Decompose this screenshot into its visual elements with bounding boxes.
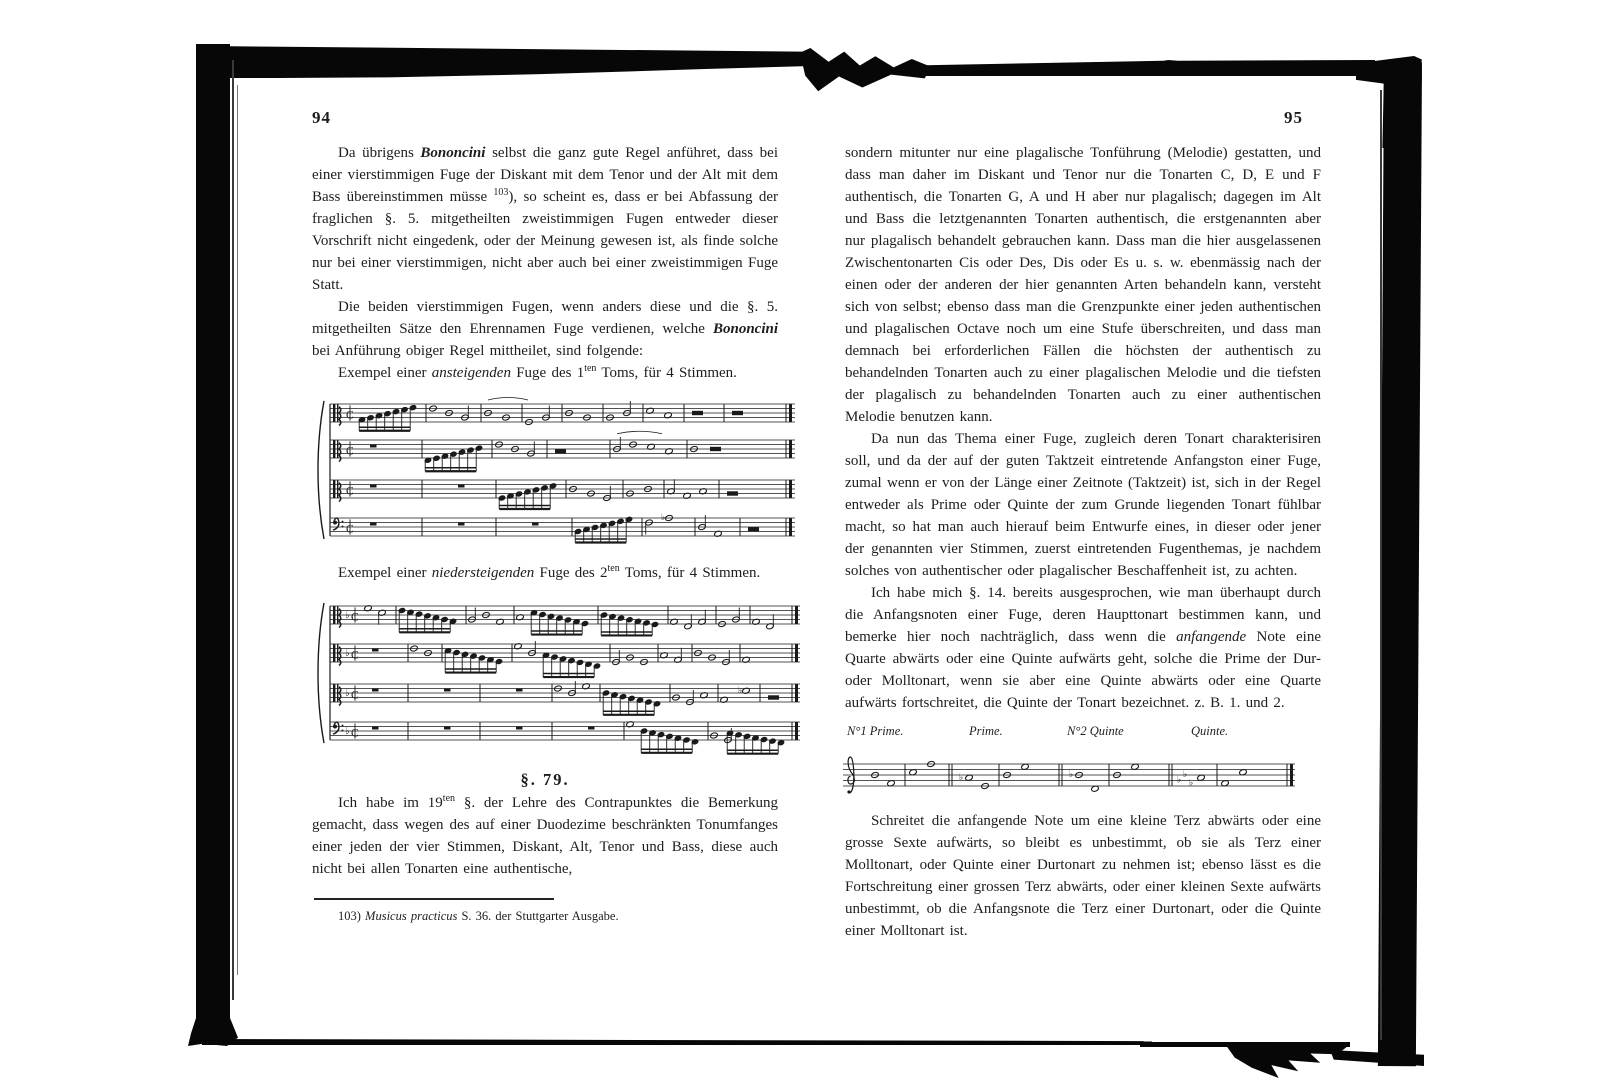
scan-edge-right	[1378, 62, 1422, 1066]
paragraph-plagalisch: sondern mitunter nur eine plagalische To…	[845, 142, 1321, 428]
caption-ascending-fugue: Exempel einer ansteigenden Fuge des 1ten…	[312, 362, 778, 384]
caption-descending-fugue: Exempel einer niedersteigenden Fuge des …	[312, 562, 778, 584]
paragraph-two-fugues: Die beiden vierstimmigen Fugen, wenn and…	[312, 296, 778, 362]
scan-edge-bottom-blob	[1225, 1044, 1347, 1078]
scan-edge-bottom-left	[202, 1039, 1152, 1045]
music-segment-label: N°2 Quinte	[1067, 724, 1124, 739]
paragraph-thema: Da nun das Thema einer Fuge, zugleich de…	[845, 428, 1321, 582]
music-segment-label: N°1 Prime.	[847, 724, 903, 739]
svg-text:♭: ♭	[345, 688, 350, 699]
page-94: 94 Da übrigens Bononcini selbst die ganz…	[312, 108, 778, 925]
book-scan-spread: 94 Da übrigens Bononcini selbst die ganz…	[0, 0, 1600, 1078]
footnote-rule	[314, 898, 554, 900]
svg-text:♭: ♭	[959, 773, 963, 783]
music-example-descending-fugue: ♭C♭C♭C♭♭C	[300, 590, 805, 758]
paragraph-terz-sexte: Schreitet die anfangende Note um eine kl…	[845, 810, 1321, 942]
svg-text:♭: ♭	[1069, 770, 1073, 780]
page-edge-line-left-1	[232, 60, 234, 1000]
svg-text:♭: ♭	[738, 686, 742, 696]
scan-edge-top-right	[905, 60, 1375, 76]
music-segment-label: Prime.	[969, 724, 1003, 739]
page-edge-line-left-2	[237, 85, 238, 975]
footnote-103: 103) Musicus practicus S. 36. der Stuttg…	[312, 908, 778, 925]
scan-edge-top-left	[205, 46, 815, 78]
music-notation-svg: CCCC♭	[300, 390, 805, 558]
music-example-prime-quinte: N°1 Prime.Prime.N°2 QuinteQuinte.♭♭♭♭♭	[839, 724, 1301, 804]
page-edge-line-right	[1380, 90, 1382, 1040]
scan-edge-left	[196, 44, 230, 1042]
music-segment-label: Quinte.	[1191, 724, 1228, 739]
music-notation-svg: ♭C♭C♭C♭♭C	[300, 590, 805, 758]
music-example-ascending-fugue: CCCC♭	[300, 390, 805, 558]
music-notation-svg: ♭♭♭♭♭	[839, 738, 1301, 804]
section-heading-79: §. 79.	[312, 770, 778, 790]
paragraph-contrapunkt: Ich habe im 19ten §. der Lehre des Contr…	[312, 792, 778, 880]
svg-text:♭: ♭	[345, 648, 350, 659]
svg-text:♭: ♭	[345, 726, 350, 737]
svg-text:♭: ♭	[345, 610, 350, 621]
svg-text:♭: ♭	[1183, 770, 1187, 780]
svg-text:♭: ♭	[1189, 778, 1193, 788]
svg-text:♭: ♭	[1177, 776, 1181, 786]
page-number-right: 95	[845, 108, 1321, 128]
paragraph-anfangsnote: Ich habe mich §. 14. bereits ausgesproch…	[845, 582, 1321, 714]
page-95: 95 sondern mitunter nur eine plagalische…	[845, 108, 1321, 942]
page-number-left: 94	[312, 108, 778, 128]
svg-text:♭: ♭	[661, 513, 665, 523]
paragraph-bononcini-rule: Da übrigens Bononcini selbst die ganz gu…	[312, 142, 778, 296]
